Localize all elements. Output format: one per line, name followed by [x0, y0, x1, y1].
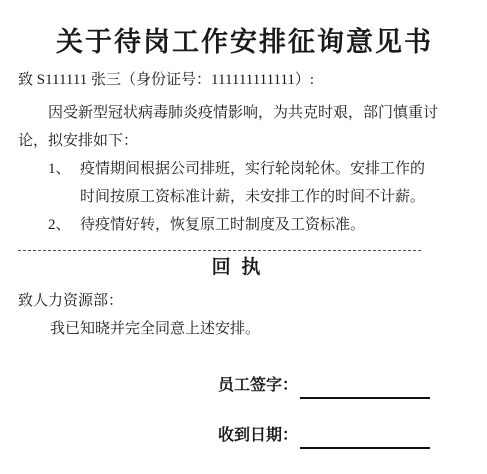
date-blank-line	[300, 428, 430, 449]
list-item-text: 待疫情好转，恢复原工时制度及工资标准。	[80, 211, 430, 239]
arrangement-list: 1、 疫情期间根据公司排班，实行轮岗轮休。安排工作的时间按原工资标准计薪，未安排…	[48, 155, 471, 239]
recipient-line: 致 S111111 张三（身份证号：111111111111）:	[18, 66, 471, 94]
list-item-number: 2、	[48, 211, 80, 239]
document-title: 关于待岗工作安排征询意见书	[18, 26, 471, 58]
list-item: 2、 待疫情好转，恢复原工时制度及工资标准。	[48, 211, 471, 239]
signature-row: 员工签字：	[218, 373, 471, 399]
date-label: 收到日期：	[218, 423, 298, 449]
signature-blank-line	[300, 378, 430, 399]
intro-paragraph: 因受新型冠状病毒肺炎疫情影响，为共克时艰，部门慎重讨论，拟安排如下：	[18, 99, 442, 155]
receipt-to-line: 致人力资源部：	[18, 287, 471, 315]
list-item-number: 1、	[48, 155, 80, 211]
receipt-statement: 我已知晓并完全同意上述安排。	[50, 315, 471, 343]
separator-dashed-line	[18, 250, 421, 251]
receipt-heading: 回 执	[18, 255, 457, 281]
list-item-text: 疫情期间根据公司排班，实行轮岗轮休。安排工作的时间按原工资标准计薪，未安排工作的…	[80, 155, 430, 211]
signature-label: 员工签字：	[218, 373, 298, 399]
document-page: 关于待岗工作安排征询意见书 致 S111111 张三（身份证号：11111111…	[0, 0, 487, 474]
date-row: 收到日期：	[218, 423, 471, 449]
list-item: 1、 疫情期间根据公司排班，实行轮岗轮休。安排工作的时间按原工资标准计薪，未安排…	[48, 155, 471, 211]
